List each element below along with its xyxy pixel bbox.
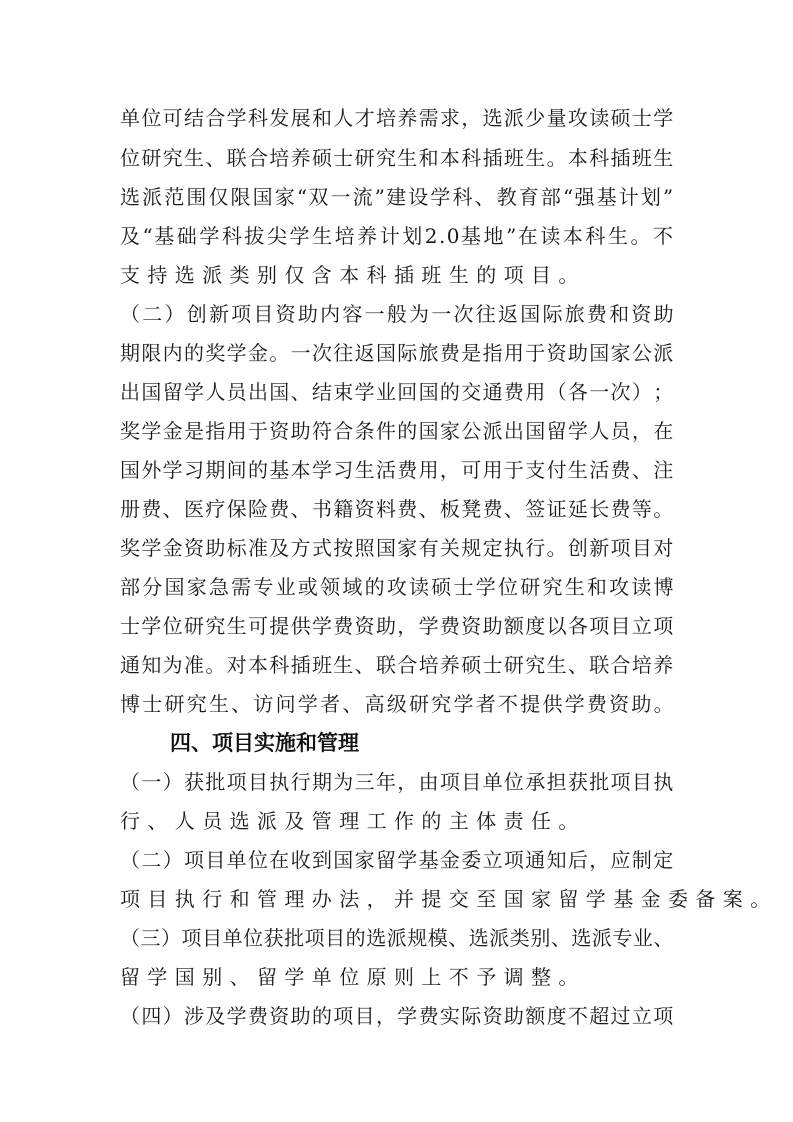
text-line: 部 分 国 家 急 需 专 业 或 领 域 的 攻 读 硕 士 学 位 研 究 … [120,573,673,601]
text-line: 留学国别、留学单位原则上不予调整。 [120,963,673,991]
text-line: （ 四 ） 涉 及 学 费 资 助 的 项 目 ， 学 费 实 际 资 助 额 … [120,1002,673,1030]
text-line: 及 “ 基 础 学 科 拔 尖 学 生 培 养 计 划 2 . 0 基 地 ” … [120,222,673,250]
text-line: 册 费 、 医 疗 保 险 费 、 书 籍 资 料 费 、 板 凳 费 、 签 … [120,495,673,523]
text-line: 单 位 可 结 合 学 科 发 展 和 人 才 培 养 需 求 ， 选 派 少 … [120,104,673,132]
section-heading: 四、项目实施和管理 [170,728,359,758]
text-line: （ 二 ） 创 新 项 目 资 助 内 容 一 般 为 一 次 往 返 国 际 … [120,300,673,328]
text-line: 通 知 为 准 。 对 本 科 插 班 生 、 联 合 培 养 硕 士 研 究 … [120,651,673,679]
text-line: （ 一 ） 获 批 项 目 执 行 期 为 三 年 ， 由 项 目 单 位 承 … [120,768,673,796]
text-line: 出 国 留 学 人 员 出 国 、 结 束 学 业 回 国 的 交 通 费 用 … [120,378,673,406]
text-line: 支持选派类别仅含本科插班生的项目。 [120,261,673,289]
text-line: 期 限 内 的 奖 学 金 。 一 次 往 返 国 际 旅 费 是 指 用 于 … [120,339,673,367]
text-line: （ 二 ） 项 目 单 位 在 收 到 国 家 留 学 基 金 委 立 项 通 … [120,846,673,874]
text-line: 士 学 位 研 究 生 可 提 供 学 费 资 助 ， 学 费 资 助 额 度 … [120,612,673,640]
text-line: 博 士 研 究 生 、 访 问 学 者 、 高 级 研 究 学 者 不 提 供 … [120,690,673,718]
text-line: （ 三 ） 项 目 单 位 获 批 项 目 的 选 派 规 模 、 选 派 类 … [120,924,673,952]
document-page: 单 位 可 结 合 学 科 发 展 和 人 才 培 养 需 求 ， 选 派 少 … [0,0,793,1122]
text-line: 国 外 学 习 期 间 的 基 本 学 习 生 活 费 用 ， 可 用 于 支 … [120,456,673,484]
text-line: 选 派 范 围 仅 限 国 家 “ 双 一 流 ” 建 设 学 科 、 教 育 … [120,183,673,211]
text-line: 位 研 究 生 、 联 合 培 养 硕 士 研 究 生 和 本 科 插 班 生 … [120,144,673,172]
text-line: 奖 学 金 资 助 标 准 及 方 式 按 照 国 家 有 关 规 定 执 行 … [120,534,673,562]
text-line: 行、人员选派及管理工作的主体责任。 [120,807,673,835]
text-line: 奖 学 金 是 指 用 于 资 助 符 合 条 件 的 国 家 公 派 出 国 … [120,417,673,445]
text-line: 项目执行和管理办法，并提交至国家留学基金委备案。 [120,885,673,913]
